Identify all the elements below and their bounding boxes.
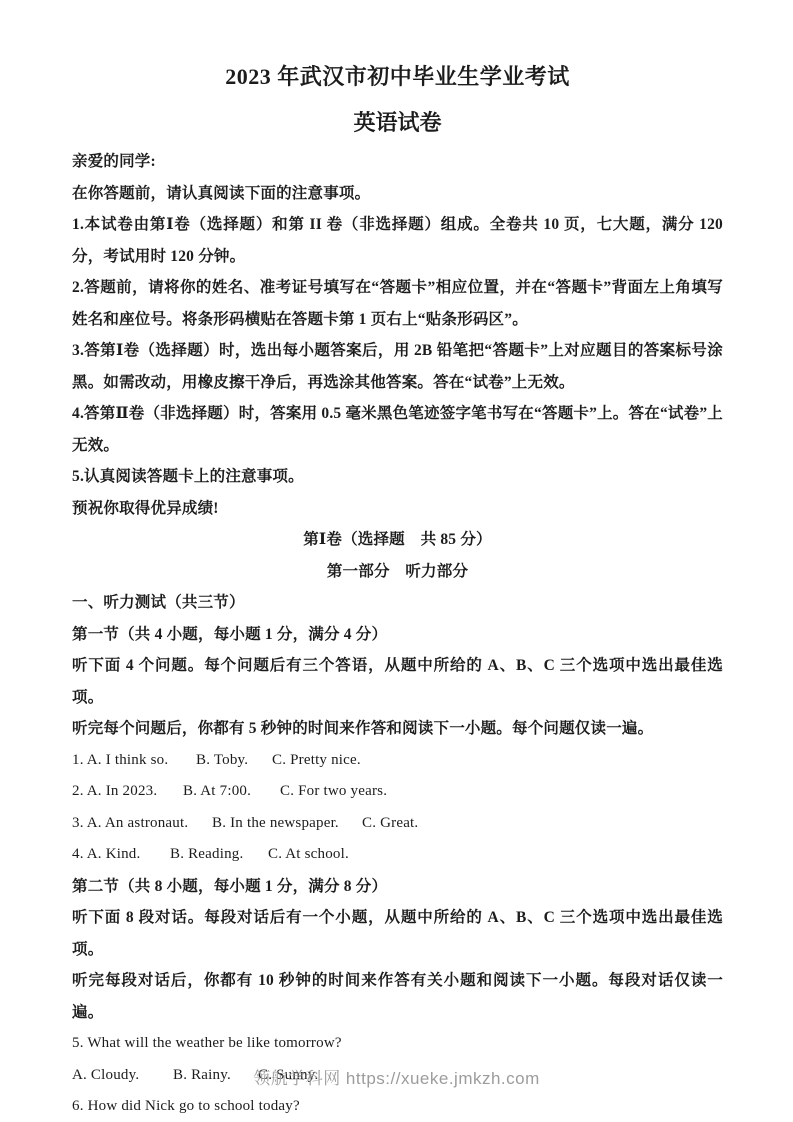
watermark-footer: 领航学科网 https://xueke.jmkzh.com	[0, 1064, 793, 1089]
notice-1: 1.本试卷由第Ⅰ卷（选择题）和第 II 卷（非选择题）组成。全卷共 10 页，七…	[72, 209, 723, 272]
notice-5: 5.认真阅读答题卡上的注意事项。	[72, 461, 723, 493]
question-2-option-b: B. At 7:00.	[183, 776, 280, 808]
question-4-option-b: B. Reading.	[170, 839, 268, 871]
exam-document: { "header": { "title": "2023 年武汉市初中毕业生学业…	[0, 0, 793, 1122]
question-2-option-c: C. For two years.	[280, 776, 387, 808]
question-2-option-a: 2. A. In 2023.	[72, 776, 183, 808]
listening-part1-title: 第一节（共 4 小题，每小题 1 分，满分 4 分）	[72, 619, 723, 651]
listening-part2-instruction-2: 听完每段对话后，你都有 10 秒钟的时间来作答有关小题和阅读下一小题。每段对话仅…	[72, 965, 723, 1028]
question-3-option-a: 3. A. An astronaut.	[72, 808, 212, 840]
part1-subheader: 第一部分 听力部分	[72, 556, 723, 588]
question-4-option-a: 4. A. Kind.	[72, 839, 170, 871]
question-1-options: 1. A. I think so.B. Toby.C. Pretty nice.	[72, 745, 723, 777]
listening-part2-instruction-1: 听下面 8 段对话。每段对话后有一个小题，从题中所给的 A、B、C 三个选项中选…	[72, 902, 723, 965]
question-5-text: 5. What will the weather be like tomorro…	[72, 1028, 723, 1060]
document-page: 2023 年武汉市初中毕业生学业考试 英语试卷 亲爱的同学: 在你答题前，请认真…	[0, 0, 793, 1122]
notice-3: 3.答第Ⅰ卷（选择题）时，选出每小题答案后，用 2B 铅笔把“答题卡”上对应题目…	[72, 335, 723, 398]
intro-lead: 在你答题前，请认真阅读下面的注意事项。	[72, 178, 723, 210]
exam-title: 2023 年武汉市初中毕业生学业考试	[72, 62, 723, 92]
question-2-options: 2. A. In 2023.B. At 7:00.C. For two year…	[72, 776, 723, 808]
question-4-options: 4. A. Kind.B. Reading.C. At school.	[72, 839, 723, 871]
question-1-option-c: C. Pretty nice.	[272, 745, 361, 777]
greeting: 亲爱的同学:	[72, 146, 723, 178]
listening-part1-instruction-1: 听下面 4 个问题。每个问题后有三个答语，从题中所给的 A、B、C 三个选项中选…	[72, 650, 723, 713]
exam-subtitle: 英语试卷	[72, 108, 723, 138]
question-1-option-a: 1. A. I think so.	[72, 745, 196, 777]
listening-section-title: 一、听力测试（共三节）	[72, 587, 723, 619]
notice-4: 4.答第Ⅱ卷（非选择题）时，答案用 0.5 毫米黑色笔迹签字笔书写在“答题卡”上…	[72, 398, 723, 461]
question-1-option-b: B. Toby.	[196, 745, 272, 777]
question-3-options: 3. A. An astronaut.B. In the newspaper.C…	[72, 808, 723, 840]
listening-part1-instruction-2: 听完每个问题后，你都有 5 秒钟的时间来作答和阅读下一小题。每个问题仅读一遍。	[72, 713, 723, 745]
part1-header: 第Ⅰ卷（选择题 共 85 分）	[72, 524, 723, 556]
question-6-text: 6. How did Nick go to school today?	[72, 1091, 723, 1122]
wish-line: 预祝你取得优异成绩!	[72, 493, 723, 525]
listening-part2-title: 第二节（共 8 小题，每小题 1 分，满分 8 分）	[72, 871, 723, 903]
page-content: 2023 年武汉市初中毕业生学业考试 英语试卷 亲爱的同学: 在你答题前，请认真…	[0, 0, 793, 1122]
question-3-option-b: B. In the newspaper.	[212, 808, 362, 840]
question-4-option-c: C. At school.	[268, 839, 349, 871]
question-3-option-c: C. Great.	[362, 808, 418, 840]
notice-2: 2.答题前，请将你的姓名、准考证号填写在“答题卡”相应位置，并在“答题卡”背面左…	[72, 272, 723, 335]
